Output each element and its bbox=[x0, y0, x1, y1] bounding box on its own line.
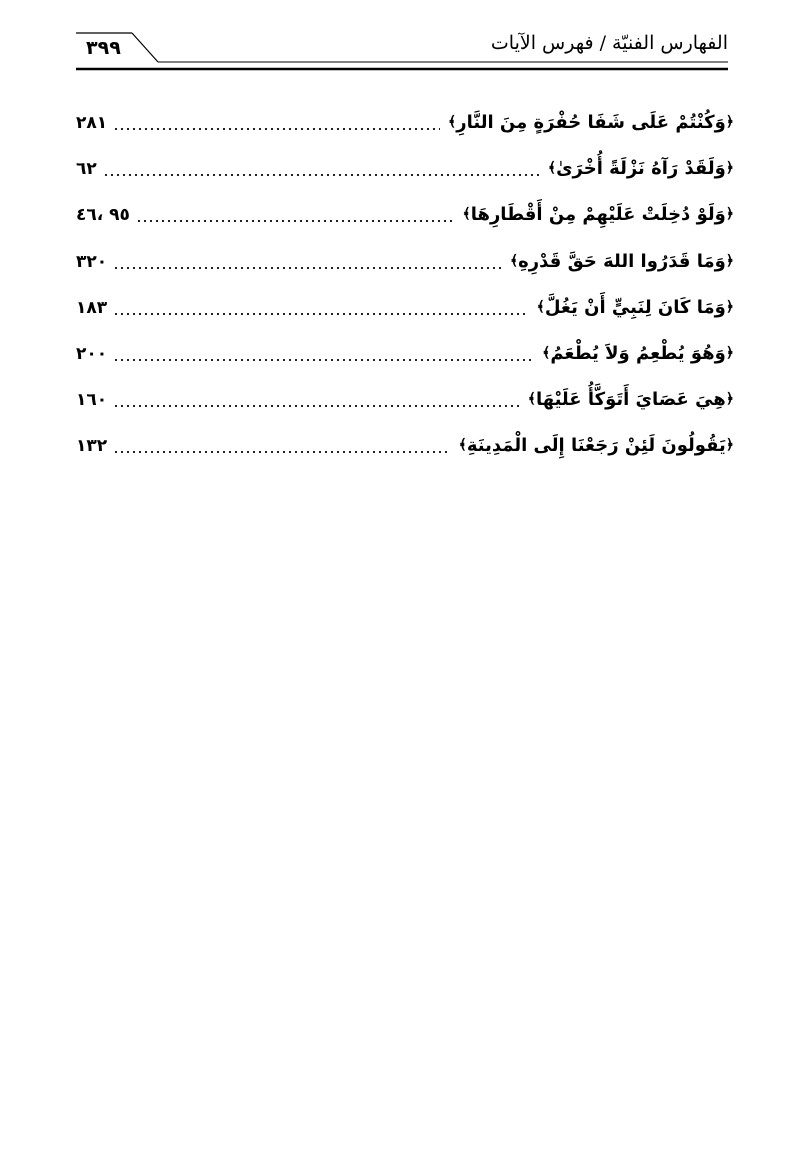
page-reference: ١٣٢ bbox=[76, 436, 107, 456]
verse-text: ﴿هِيَ عَصَايَ أَتَوَكَّأُ عَلَيْهَا﴾ bbox=[524, 386, 734, 414]
ornate-bracket-open-icon: ﴿ bbox=[726, 293, 734, 321]
page-number: ٣٩٩ bbox=[86, 37, 121, 59]
dot-leader bbox=[113, 126, 440, 132]
page-reference: ٣٢٠ bbox=[76, 252, 107, 272]
ornate-bracket-close-icon: ﴾ bbox=[548, 154, 556, 182]
page-reference: ٦٢ bbox=[76, 159, 97, 179]
page-reference: ٢٠٠ bbox=[76, 344, 107, 364]
verse-words: وَمَا كَانَ لِنَبِيٍّ أَنْ يَغُلَّ bbox=[545, 297, 726, 318]
ornate-bracket-open-icon: ﴿ bbox=[726, 247, 734, 275]
dot-leader bbox=[113, 265, 502, 271]
ornate-bracket-close-icon: ﴾ bbox=[537, 293, 545, 321]
index-entry: ﴿وَكُنْتُمْ عَلَى شَفَا حُفْرَةٍ مِنَ ال… bbox=[76, 100, 734, 146]
verse-text: ﴿وَلَقَدْ رَآهُ نَزْلَةً أُخْرَىٰ﴾ bbox=[544, 155, 734, 183]
verse-index-list: ﴿وَكُنْتُمْ عَلَى شَفَا حُفْرَةٍ مِنَ ال… bbox=[76, 100, 734, 470]
dot-leader bbox=[113, 449, 451, 455]
verse-words: وَهُوَ يُطْعِمُ وَلاَ يُطْعَمُ bbox=[550, 343, 725, 364]
dot-leader bbox=[113, 357, 534, 363]
verse-text: ﴿يَقُولُونَ لَئِنْ رَجَعْنَا إِلَى الْمَ… bbox=[455, 432, 734, 460]
dot-leader bbox=[103, 172, 540, 178]
ornate-bracket-close-icon: ﴾ bbox=[459, 431, 467, 459]
ornate-bracket-close-icon: ﴾ bbox=[463, 200, 471, 228]
ornate-bracket-open-icon: ﴿ bbox=[726, 339, 734, 367]
verse-text: ﴿وَلَوْ دُخِلَتْ عَلَيْهِمْ مِنْ أَقْطَا… bbox=[459, 201, 735, 229]
verse-words: وَلَوْ دُخِلَتْ عَلَيْهِمْ مِنْ أَقْطَار… bbox=[471, 204, 726, 225]
ornate-bracket-close-icon: ﴾ bbox=[510, 247, 518, 275]
ornate-bracket-open-icon: ﴿ bbox=[726, 200, 734, 228]
ornate-bracket-open-icon: ﴿ bbox=[726, 431, 734, 459]
verse-words: وَلَقَدْ رَآهُ نَزْلَةً أُخْرَىٰ bbox=[556, 158, 726, 179]
ornate-bracket-open-icon: ﴿ bbox=[726, 108, 734, 136]
page-reference: ١٦٠ bbox=[76, 390, 107, 410]
ornate-bracket-close-icon: ﴾ bbox=[542, 339, 550, 367]
index-entry: ﴿وَمَا كَانَ لِنَبِيٍّ أَنْ يَغُلَّ﴾ ١٨٣ bbox=[76, 285, 734, 331]
verse-text: ﴿وَمَا كَانَ لِنَبِيٍّ أَنْ يَغُلَّ﴾ bbox=[533, 294, 734, 322]
verse-text: ﴿وَمَا قَدَرُوا اللهَ حَقَّ قَدْرِهِ﴾ bbox=[506, 248, 734, 276]
page-reference: ١٨٣ bbox=[76, 298, 107, 318]
ornate-bracket-open-icon: ﴿ bbox=[726, 385, 734, 413]
index-entry: ﴿وَمَا قَدَرُوا اللهَ حَقَّ قَدْرِهِ﴾ ٣٢… bbox=[76, 239, 734, 285]
ornate-bracket-close-icon: ﴾ bbox=[528, 385, 536, 413]
ornate-bracket-close-icon: ﴾ bbox=[448, 108, 456, 136]
index-entry: ﴿يَقُولُونَ لَئِنْ رَجَعْنَا إِلَى الْمَ… bbox=[76, 423, 734, 469]
verse-text: ﴿وَهُوَ يُطْعِمُ وَلاَ يُطْعَمُ﴾ bbox=[538, 340, 734, 368]
ornate-bracket-open-icon: ﴿ bbox=[726, 154, 734, 182]
index-entry: ﴿هِيَ عَصَايَ أَتَوَكَّأُ عَلَيْهَا﴾ ١٦٠ bbox=[76, 377, 734, 423]
verse-words: وَكُنْتُمْ عَلَى شَفَا حُفْرَةٍ مِنَ الن… bbox=[456, 112, 726, 133]
page-reference: ٩٥ ،٤٦ bbox=[76, 205, 130, 225]
index-entry: ﴿وَهُوَ يُطْعِمُ وَلاَ يُطْعَمُ﴾ ٢٠٠ bbox=[76, 331, 734, 377]
running-header: ٣٩٩ الفهارس الفنيّة / فهرس الآيات bbox=[76, 28, 728, 74]
verse-words: وَمَا قَدَرُوا اللهَ حَقَّ قَدْرِهِ bbox=[518, 251, 726, 272]
running-title: الفهارس الفنيّة / فهرس الآيات bbox=[491, 32, 728, 54]
dot-leader bbox=[136, 218, 455, 224]
index-entry: ﴿وَلَقَدْ رَآهُ نَزْلَةً أُخْرَىٰ﴾ ٦٢ bbox=[76, 146, 734, 192]
index-entry: ﴿وَلَوْ دُخِلَتْ عَلَيْهِمْ مِنْ أَقْطَا… bbox=[76, 192, 734, 238]
verse-words: يَقُولُونَ لَئِنْ رَجَعْنَا إِلَى الْمَد… bbox=[467, 435, 726, 456]
page-reference: ٢٨١ bbox=[76, 113, 107, 133]
verse-words: هِيَ عَصَايَ أَتَوَكَّأُ عَلَيْهَا bbox=[536, 389, 726, 410]
dot-leader bbox=[113, 403, 520, 409]
verse-text: ﴿وَكُنْتُمْ عَلَى شَفَا حُفْرَةٍ مِنَ ال… bbox=[444, 109, 734, 137]
dot-leader bbox=[113, 311, 529, 317]
document-page: ٣٩٩ الفهارس الفنيّة / فهرس الآيات ﴿وَكُن… bbox=[0, 0, 812, 1170]
